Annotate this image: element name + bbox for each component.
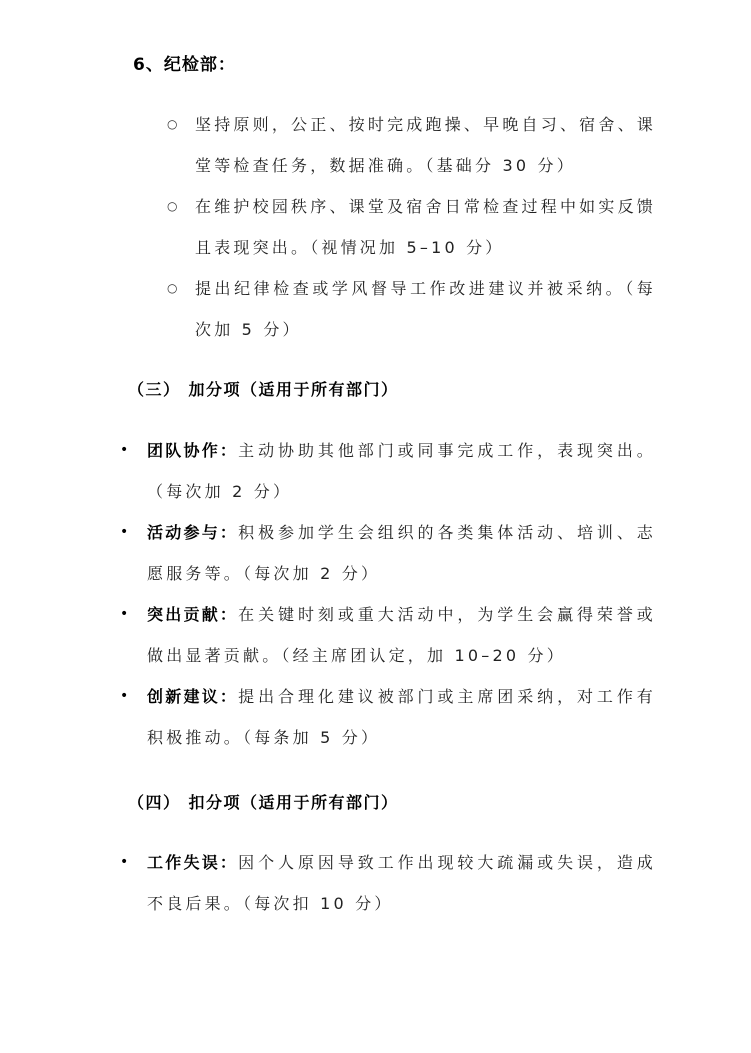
dot-bullet-icon: • (120, 430, 131, 471)
item-label: 活动参与： (147, 523, 238, 542)
section-number: （三） (128, 380, 181, 399)
bonus-item: • 突出贡献：在关键时刻或重大活动中，为学生会赢得荣誉或做出显著贡献。（经主席团… (116, 594, 656, 676)
penalty-list: • 工作失误：因个人原因导致工作出现较大疏漏或失误，造成不良后果。（每次扣 10… (116, 842, 656, 924)
circle-bullet-icon: ○ (167, 268, 181, 309)
duty-text: 坚持原则，公正、按时完成跑操、早晚自习、宿舍、课堂等检查任务，数据准确。（基础分… (195, 115, 656, 175)
duty-text: 提出纪律检查或学风督导工作改进建议并被采纳。（每次加 5 分） (195, 279, 656, 339)
section-title: 扣分项（适用于所有部门） (189, 793, 399, 812)
dot-bullet-icon: • (120, 842, 131, 883)
department-title: 6、纪检部： (133, 50, 236, 75)
bonus-item: • 团队协作：主动协助其他部门或同事完成工作，表现突出。（每次加 2 分） (116, 430, 656, 512)
item-label: 团队协作： (147, 441, 238, 460)
item-label: 突出贡献： (147, 605, 238, 624)
section-number: （四） (128, 793, 181, 812)
bonus-item: • 活动参与：积极参加学生会组织的各类集体活动、培训、志愿服务等。（每次加 2 … (116, 512, 656, 594)
duty-text: 在维护校园秩序、课堂及宿舍日常检查过程中如实反馈且表现突出。（视情况加 5–10… (195, 197, 656, 257)
circle-bullet-icon: ○ (167, 104, 181, 145)
item-label: 创新建议： (147, 687, 238, 706)
section-heading-bonus: （三）加分项（适用于所有部门） (128, 377, 399, 400)
dot-bullet-icon: • (120, 676, 131, 717)
dot-bullet-icon: • (120, 594, 131, 635)
penalty-item: • 工作失误：因个人原因导致工作出现较大疏漏或失误，造成不良后果。（每次扣 10… (116, 842, 656, 924)
item-label: 工作失误： (147, 853, 238, 872)
bonus-list: • 团队协作：主动协助其他部门或同事完成工作，表现突出。（每次加 2 分） • … (116, 430, 656, 758)
duty-item: ○ 坚持原则，公正、按时完成跑操、早晚自习、宿舍、课堂等检查任务，数据准确。（基… (166, 104, 656, 186)
duty-list: ○ 坚持原则，公正、按时完成跑操、早晚自习、宿舍、课堂等检查任务，数据准确。（基… (166, 104, 656, 350)
bonus-item: • 创新建议：提出合理化建议被部门或主席团采纳，对工作有积极推动。（每条加 5 … (116, 676, 656, 758)
section-title: 加分项（适用于所有部门） (189, 380, 399, 399)
circle-bullet-icon: ○ (167, 186, 181, 227)
duty-item: ○ 提出纪律检查或学风督导工作改进建议并被采纳。（每次加 5 分） (166, 268, 656, 350)
duty-item: ○ 在维护校园秩序、课堂及宿舍日常检查过程中如实反馈且表现突出。（视情况加 5–… (166, 186, 656, 268)
section-heading-penalty: （四）扣分项（适用于所有部门） (128, 790, 399, 813)
dot-bullet-icon: • (120, 512, 131, 553)
document-page: 6、纪检部： ○ 坚持原则，公正、按时完成跑操、早晚自习、宿舍、课堂等检查任务，… (0, 0, 751, 1053)
